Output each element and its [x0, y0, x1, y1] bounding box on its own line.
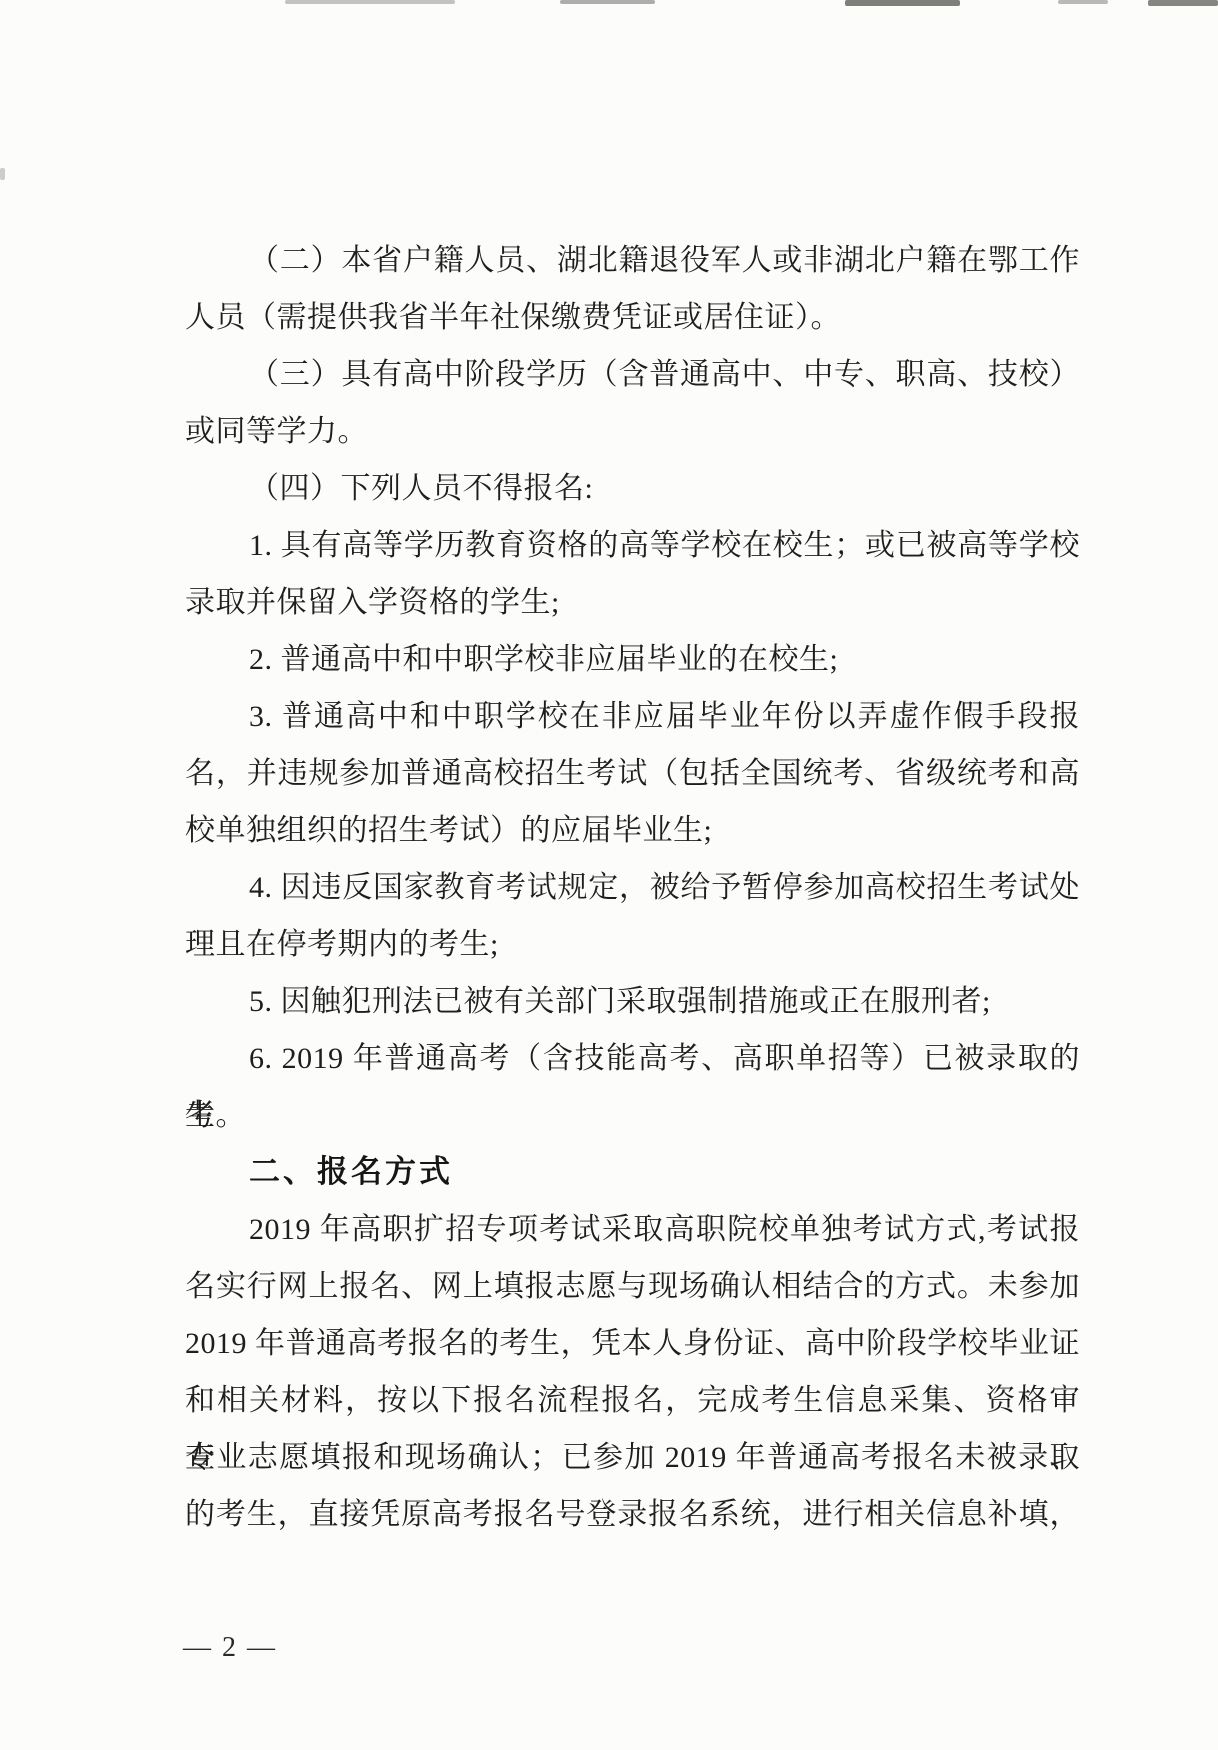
para-reg-line-2: 名实行网上报名、网上填报志愿与现场确认相结合的方式。未参加 — [185, 1258, 1080, 1315]
para-reg-line-3: 2019 年普通高考报名的考生，凭本人身份证、高中阶段学校毕业证 — [185, 1315, 1080, 1372]
page-number: — 2 — — [183, 1631, 277, 1665]
section-heading-2: 二、报名方式 — [185, 1144, 1080, 1201]
item-2-line-1: 2. 普通高中和中职学校非应届毕业的在校生; — [185, 631, 1080, 688]
para-reg-line-1: 2019 年高职扩招专项考试采取高职院校单独考试方式,考试报 — [185, 1201, 1080, 1258]
clause-2-line-2: 人员（需提供我省半年社保缴费凭证或居住证）。 — [185, 289, 1080, 346]
scan-artifact — [0, 168, 5, 180]
item-1-line-2: 录取并保留入学资格的学生; — [185, 574, 1080, 631]
item-4-line-1: 4. 因违反国家教育考试规定，被给予暂停参加高校招生考试处 — [185, 859, 1080, 916]
document-body: （二）本省户籍人员、湖北籍退役军人或非湖北户籍在鄂工作 人员（需提供我省半年社保… — [185, 232, 1080, 1543]
item-4-line-2: 理且在停考期内的考生; — [185, 916, 1080, 973]
item-6-line-2: 生。 — [185, 1087, 1080, 1144]
scan-artifact — [560, 0, 655, 4]
item-1-line-1: 1. 具有高等学历教育资格的高等学校在校生；或已被高等学校 — [185, 517, 1080, 574]
scan-artifact — [1058, 0, 1108, 4]
item-6-line-1: 6. 2019 年普通高考（含技能高考、高职单招等）已被录取的考 — [185, 1030, 1080, 1087]
clause-2-line-1: （二）本省户籍人员、湖北籍退役军人或非湖北户籍在鄂工作 — [185, 232, 1080, 289]
document-page: （二）本省户籍人员、湖北籍退役军人或非湖北户籍在鄂工作 人员（需提供我省半年社保… — [0, 0, 1218, 1750]
item-5-line-1: 5. 因触犯刑法已被有关部门采取强制措施或正在服刑者; — [185, 973, 1080, 1030]
clause-3-line-1: （三）具有高中阶段学历（含普通高中、中专、职高、技校） — [185, 346, 1080, 403]
para-reg-line-5: 专业志愿填报和现场确认；已参加 2019 年普通高考报名未被录取 — [185, 1429, 1080, 1486]
clause-3-line-2: 或同等学力。 — [185, 403, 1080, 460]
scan-artifact — [1148, 0, 1218, 6]
scan-artifact — [285, 0, 455, 4]
item-3-line-3: 校单独组织的招生考试）的应届毕业生; — [185, 802, 1080, 859]
item-3-line-1: 3. 普通高中和中职学校在非应届毕业年份以弄虚作假手段报 — [185, 688, 1080, 745]
clause-4-intro: （四）下列人员不得报名: — [185, 460, 1080, 517]
para-reg-line-6: 的考生，直接凭原高考报名号登录报名系统，进行相关信息补填， — [185, 1486, 1080, 1543]
scan-artifact — [845, 0, 960, 6]
item-3-line-2: 名，并违规参加普通高校招生考试（包括全国统考、省级统考和高 — [185, 745, 1080, 802]
para-reg-line-4: 和相关材料，按以下报名流程报名，完成考生信息采集、资格审查、 — [185, 1372, 1080, 1429]
